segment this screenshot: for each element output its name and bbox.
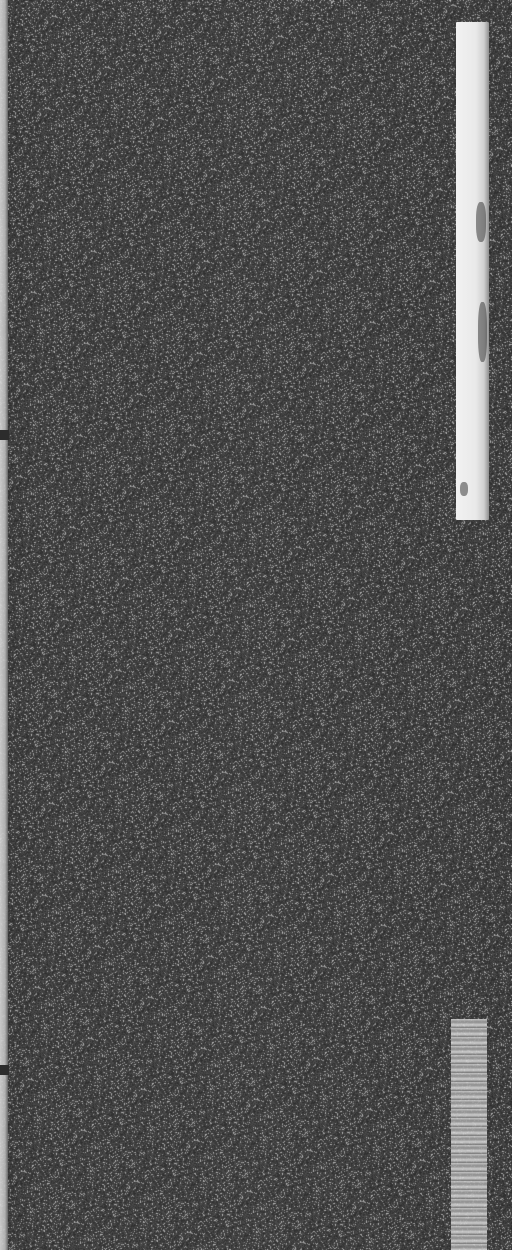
asphalt-surface — [0, 0, 512, 1250]
lane-dash-marking — [456, 22, 489, 520]
paint-wear — [476, 202, 486, 242]
worn-lane-dash-marking — [451, 1019, 487, 1250]
left-edge-line — [0, 0, 8, 1250]
edge-line-gap — [0, 430, 9, 440]
asphalt-texture — [0, 0, 512, 1250]
edge-line-gap — [0, 1065, 9, 1075]
paint-wear — [478, 302, 487, 362]
paint-wear — [460, 482, 468, 496]
